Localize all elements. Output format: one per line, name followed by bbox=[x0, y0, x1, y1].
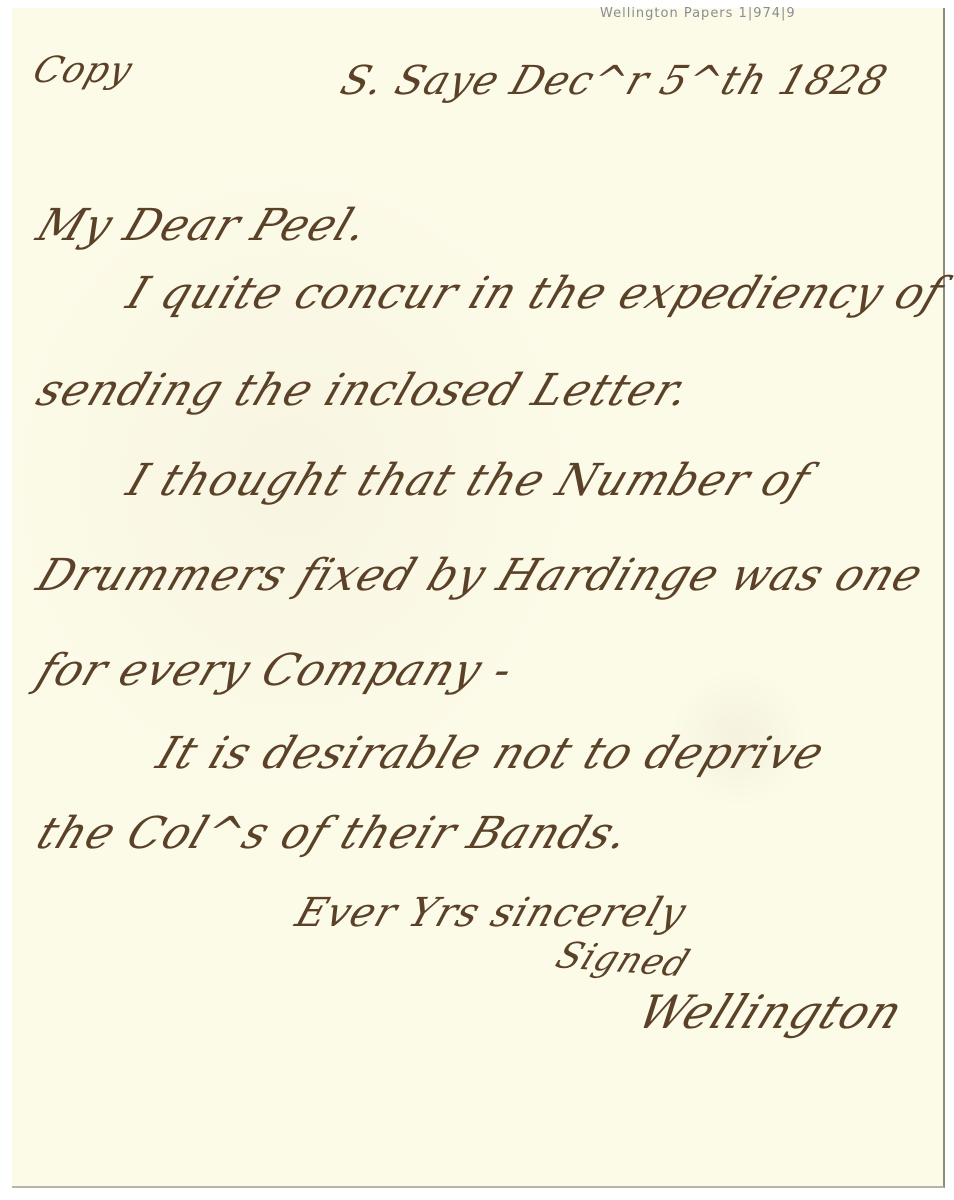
body-line-6: It is desirable not to deprive bbox=[150, 728, 832, 779]
body-line-4: Drummers fixed by Hardinge was one bbox=[30, 550, 930, 601]
body-line-5: for every Company - bbox=[30, 645, 521, 696]
body-line-2: sending the inclosed Letter. bbox=[30, 365, 698, 416]
body-line-7: the Col^s of their Bands. bbox=[30, 808, 637, 859]
archive-reference: Wellington Papers 1|974|9 bbox=[600, 6, 796, 21]
body-line-1: I quite concur in the expediency of bbox=[120, 268, 951, 319]
closing-line: Ever Yrs sincerely bbox=[290, 890, 692, 936]
place-date-line: S. Saye Dec^r 5^th 1828 bbox=[335, 58, 893, 104]
signature: Wellington bbox=[630, 985, 912, 1039]
body-line-3: I thought that the Number of bbox=[120, 455, 817, 506]
salutation: My Dear Peel. bbox=[30, 200, 376, 251]
copy-mark: Copy bbox=[28, 50, 138, 91]
